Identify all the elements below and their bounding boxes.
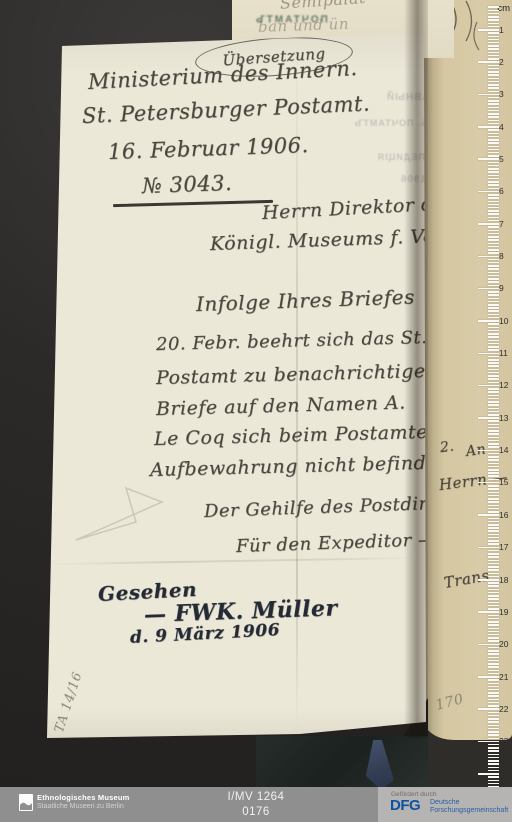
- document-id-line1: I/MV 1264: [200, 791, 312, 803]
- page-number-pencil: 170: [434, 691, 465, 713]
- letter-header-line: St. Petersburger Postamt.: [81, 91, 370, 128]
- book-spine: [256, 736, 428, 790]
- margin-note: Herrn —: [438, 468, 509, 494]
- metadata-bar: Gefördert durch DFG Deutsche Forschungsg…: [0, 787, 512, 822]
- scan-viewer: Semipalat ban und ün ПОЧТАМТЪ 2. An Herr…: [0, 0, 512, 822]
- margin-note: 2.: [439, 439, 455, 456]
- dfg-org-name: Deutsche Forschungsgemeinschaft: [430, 799, 508, 815]
- letter-document: Übersetzung Ministerium des Innern. St. …: [44, 30, 426, 744]
- document-id-line2: 0176: [200, 806, 312, 818]
- faint-sketch: [64, 468, 194, 578]
- letter-date-line: 16. Februar 1906.: [108, 133, 309, 164]
- dfg-logo: DFG: [390, 797, 420, 814]
- body-line: Le Coq sich beim Postamte: [154, 421, 428, 450]
- next-page-edge: 2. An Herrn — Trans 170: [424, 0, 512, 740]
- museum-org: Staatliche Museen zu Berlin: [37, 803, 124, 810]
- teal-stamp-bleedthrough: ПОЧТАМТЪ: [254, 14, 328, 25]
- faint-handwriting-line: Semipalat: [279, 0, 366, 13]
- museum-name: Ethnologisches Museum: [37, 793, 130, 802]
- museum-logo-icon: [19, 794, 33, 811]
- funding-section: Gefördert durch DFG Deutsche Forschungsg…: [378, 787, 512, 822]
- number-underline: [113, 200, 273, 207]
- body-line: Postamt zu benachrichtigen, d: [156, 359, 465, 389]
- body-line: Infolge Ihres Briefes: [196, 284, 416, 316]
- inventory-pencil-note: TA 14/16: [52, 670, 86, 735]
- letter-number-line: № 3043.: [142, 171, 233, 198]
- margin-note: An: [465, 441, 487, 460]
- body-line: Briefe auf den Namen A.: [156, 391, 406, 420]
- margin-note: Trans: [442, 566, 490, 592]
